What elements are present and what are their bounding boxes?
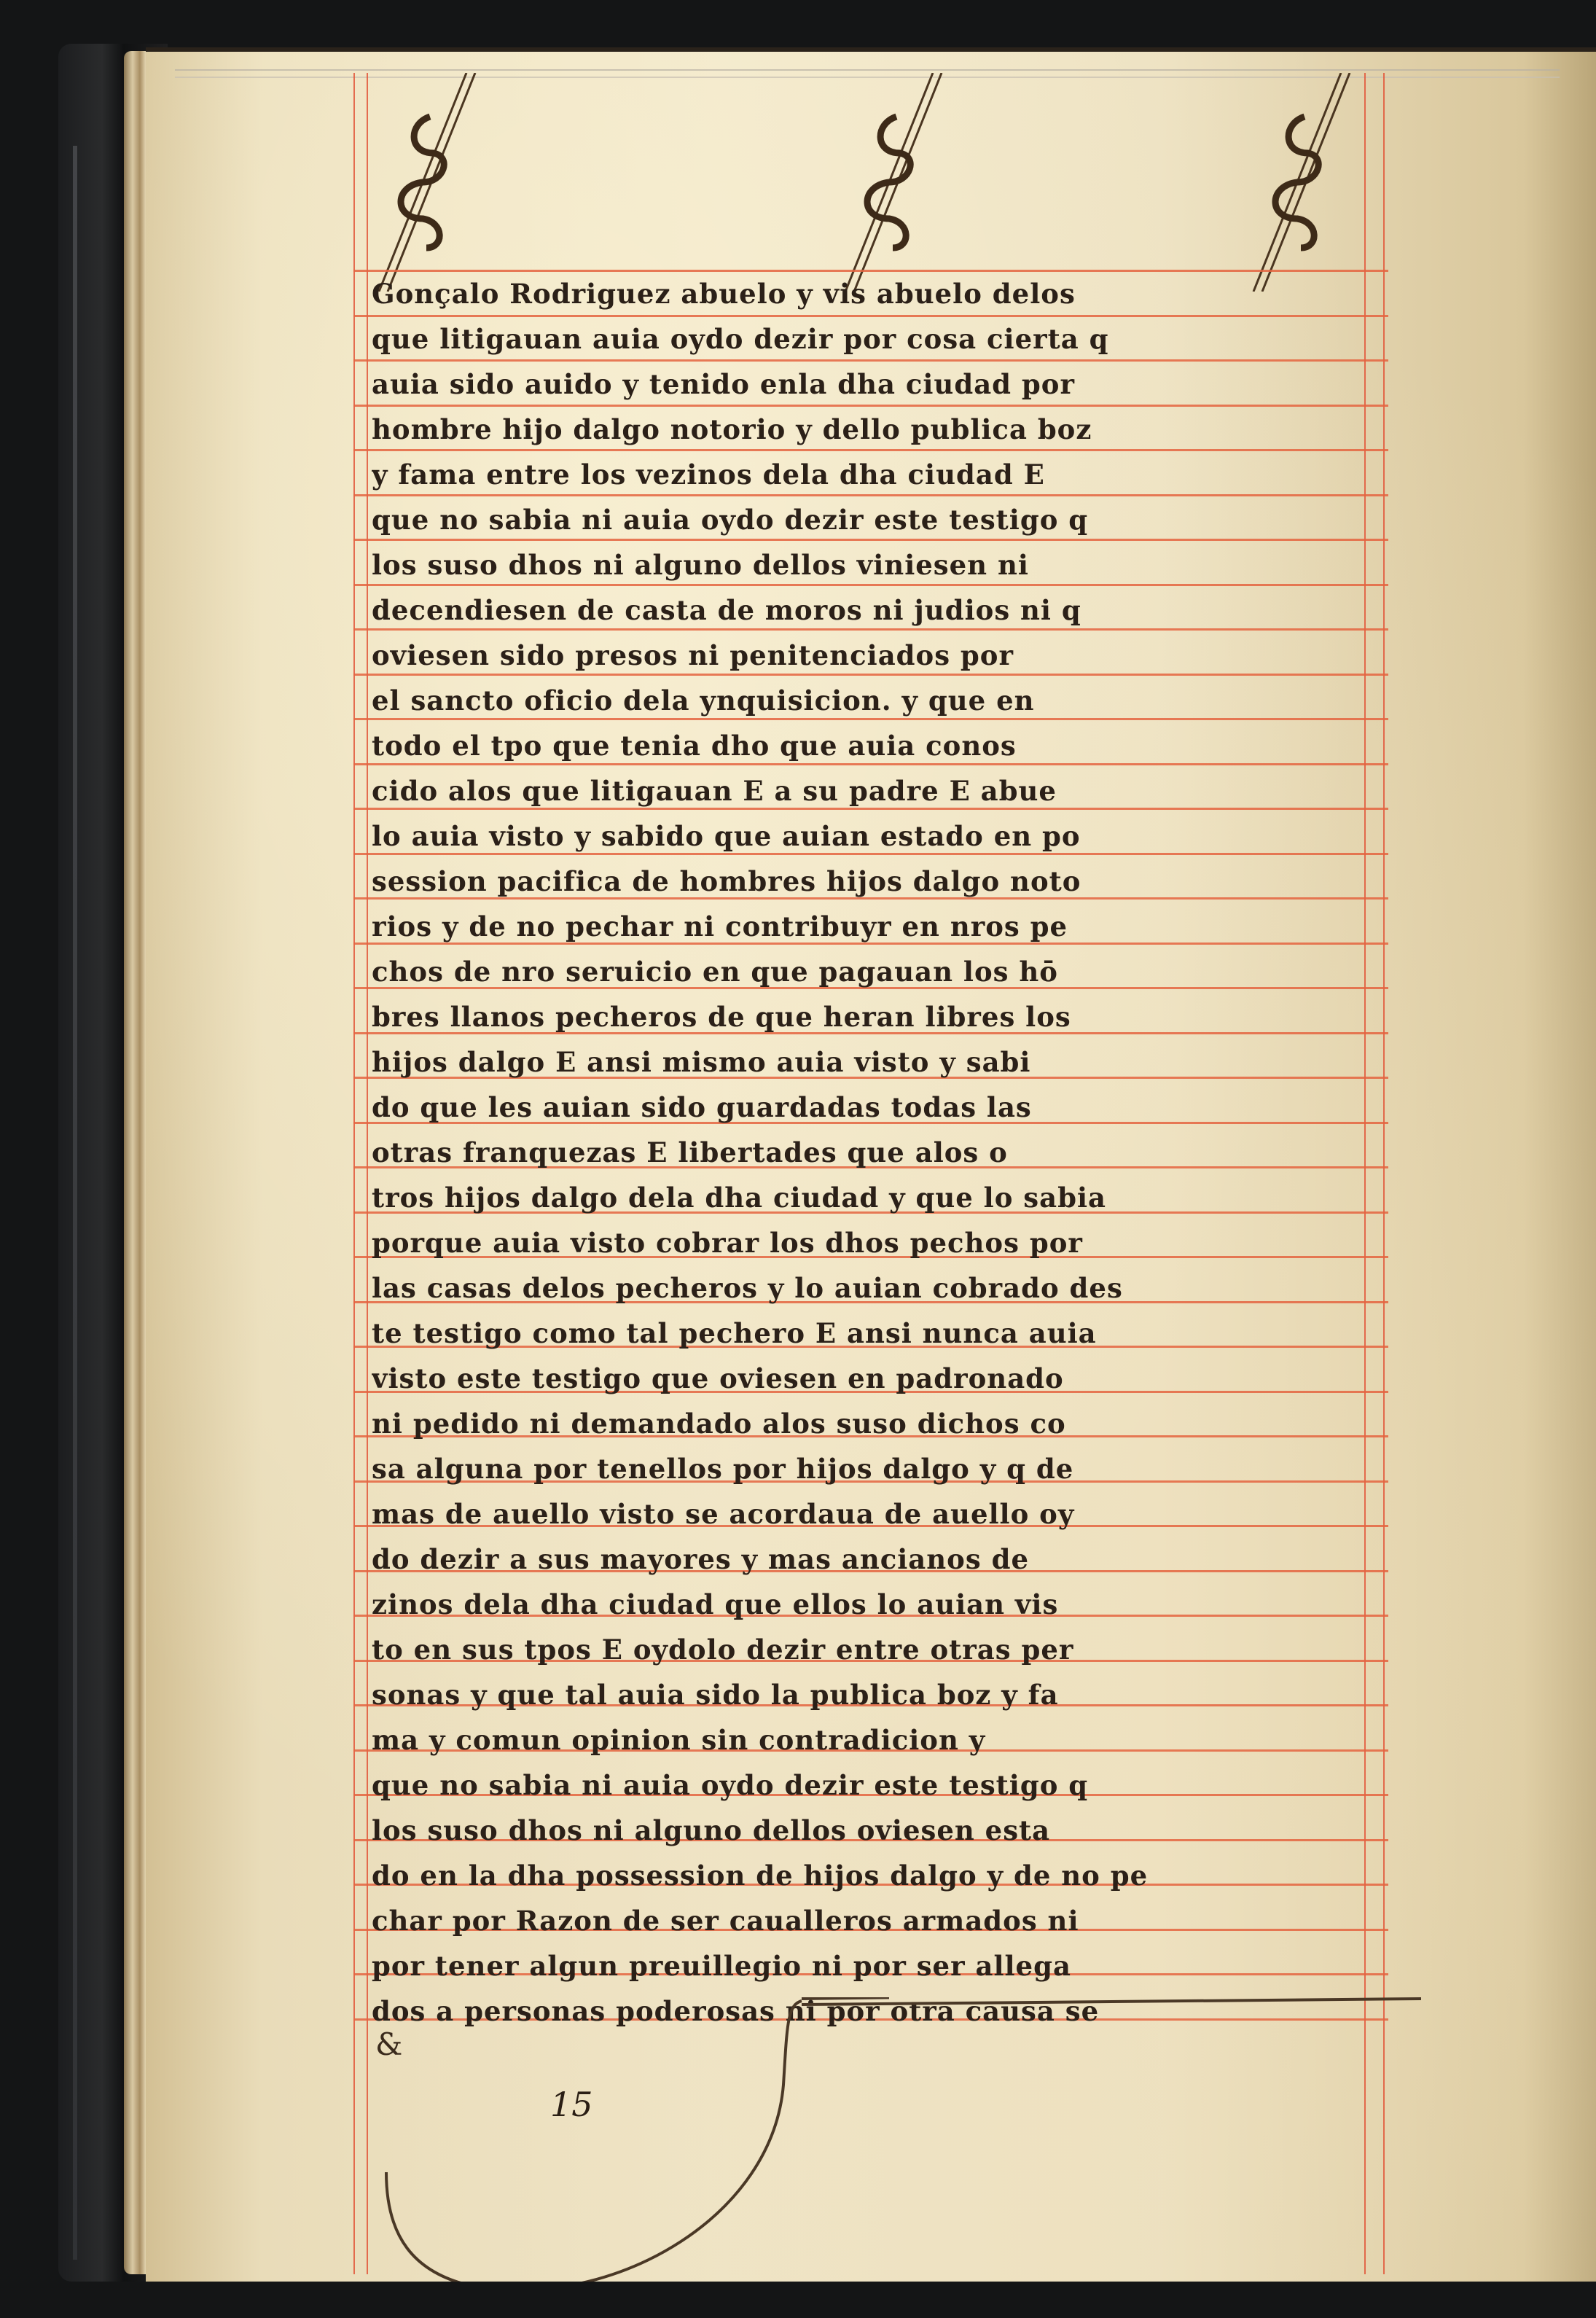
text-line: session pacifica de hombres hijos dalgo … xyxy=(372,859,1385,904)
footer-mark: & xyxy=(375,2026,402,2062)
flourish-center-icon xyxy=(831,73,947,292)
text-line: que litigauan auia oydo dezir por cosa c… xyxy=(372,316,1385,362)
manuscript-text: Gonçalo Rodriguez abuelo y vis abuelo de… xyxy=(372,271,1385,2034)
text-line: te testigo como tal pechero E ansi nunca… xyxy=(372,1311,1385,1356)
text-line: do en la dha possession de hijos dalgo y… xyxy=(372,1853,1385,1898)
text-line: por tener algun preuillegio ni por ser a… xyxy=(372,1943,1385,1989)
text-line: porque auia visto cobrar los dhos pechos… xyxy=(372,1220,1385,1265)
text-line: auia sido auido y tenido enla dha ciudad… xyxy=(372,362,1385,407)
text-line: mas de auello visto se acordaua de auell… xyxy=(372,1491,1385,1537)
text-line: otras franquezas E libertades que alos o xyxy=(372,1130,1385,1175)
text-line: bres llanos pecheros de que heran libres… xyxy=(372,994,1385,1039)
text-line: visto este testigo que oviesen en padron… xyxy=(372,1356,1385,1401)
text-line: hombre hijo dalgo notorio y dello public… xyxy=(372,407,1385,452)
text-line: do dezir a sus mayores y mas ancianos de xyxy=(372,1537,1385,1582)
text-line: zinos dela dha ciudad que ellos lo auian… xyxy=(372,1582,1385,1627)
binding-bottom xyxy=(0,2282,1596,2318)
text-line: ni pedido ni demandado alos suso dichos … xyxy=(372,1401,1385,1446)
text-line: chos de nro seruicio en que pagauan los … xyxy=(372,949,1385,994)
closing-bracket-icon xyxy=(379,1997,889,2318)
binding-edge xyxy=(73,146,77,2260)
text-line: rios y de no pechar ni contribuyr en nro… xyxy=(372,904,1385,949)
text-line: Gonçalo Rodriguez abuelo y vis abuelo de… xyxy=(372,271,1385,316)
flourish-left-icon xyxy=(364,73,481,292)
text-line: lo auia visto y sabido que auian estado … xyxy=(372,813,1385,859)
text-line: cido alos que litigauan E a su padre E a… xyxy=(372,768,1385,813)
text-line: ma y comun opinion sin contradicion y xyxy=(372,1717,1385,1763)
text-line: oviesen sido presos ni penitenciados por xyxy=(372,633,1385,678)
flourish-right-icon xyxy=(1239,73,1356,292)
ruling-left-outer xyxy=(353,73,355,2274)
end-line-stroke xyxy=(802,1996,1428,2010)
text-line: char por Razon de ser caualleros armados… xyxy=(372,1898,1385,1943)
text-line: que no sabia ni auia oydo dezir este tes… xyxy=(372,1763,1385,1808)
text-line: que no sabia ni auia oydo dezir este tes… xyxy=(372,497,1385,542)
text-line: to en sus tpos E oydolo dezir entre otra… xyxy=(372,1627,1385,1672)
text-line: decendiesen de casta de moros ni judios … xyxy=(372,588,1385,633)
text-line: el sancto oficio dela ynquisicion. y que… xyxy=(372,678,1385,723)
text-line: tros hijos dalgo dela dha ciudad y que l… xyxy=(372,1175,1385,1220)
folio-number: 15 xyxy=(550,2085,593,2124)
text-line: los suso dhos ni alguno dellos oviesen e… xyxy=(372,1808,1385,1853)
text-line: las casas delos pecheros y lo auian cobr… xyxy=(372,1265,1385,1311)
text-line: sa alguna por tenellos por hijos dalgo y… xyxy=(372,1446,1385,1491)
text-line: hijos dalgo E ansi mismo auia visto y sa… xyxy=(372,1039,1385,1085)
text-line: do que les auian sido guardadas todas la… xyxy=(372,1085,1385,1130)
text-line: todo el tpo que tenia dho que auia conos xyxy=(372,723,1385,768)
text-line: sonas y que tal auia sido la publica boz… xyxy=(372,1672,1385,1717)
ruling-left-inner xyxy=(367,73,368,2274)
text-line: y fama entre los vezinos dela dha ciudad… xyxy=(372,452,1385,497)
text-line: los suso dhos ni alguno dellos viniesen … xyxy=(372,542,1385,588)
